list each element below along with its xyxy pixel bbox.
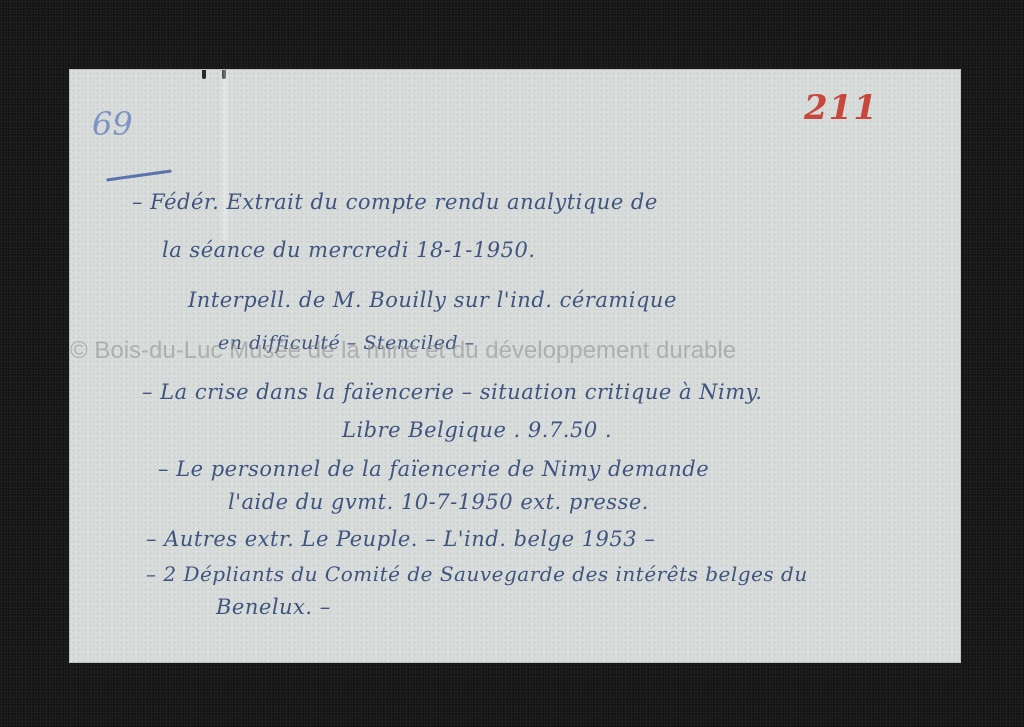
staple-mark (202, 70, 206, 79)
paper-crease (220, 70, 230, 240)
handwritten-line: l'aide du gvmt. 10-7-1950 ext. presse. (228, 490, 649, 514)
handwritten-line: en difficulté – Stenciled – (218, 332, 475, 354)
handwritten-line: la séance du mercredi 18-1-1950. (162, 238, 536, 262)
handwritten-line: – 2 Dépliants du Comité de Sauvegarde de… (146, 562, 808, 586)
card-number: 69 (92, 105, 133, 143)
handwritten-line: Libre Belgique . 9.7.50 . (342, 418, 612, 442)
handwritten-line: – La crise dans la faïencerie – situatio… (142, 380, 762, 404)
handwritten-line: – Le personnel de la faïencerie de Nimy … (158, 457, 709, 481)
card-number-underline (106, 169, 172, 181)
archive-index-card: 69 211 – Fédér. Extrait du compte rendu … (70, 70, 960, 662)
handwritten-line: Benelux. – (216, 595, 331, 619)
page-number: 211 (804, 88, 878, 128)
handwritten-line: Interpell. de M. Bouilly sur l'ind. céra… (188, 288, 677, 312)
handwritten-line: – Autres extr. Le Peuple. – L'ind. belge… (146, 527, 655, 551)
handwritten-line: – Fédér. Extrait du compte rendu analyti… (132, 190, 658, 214)
